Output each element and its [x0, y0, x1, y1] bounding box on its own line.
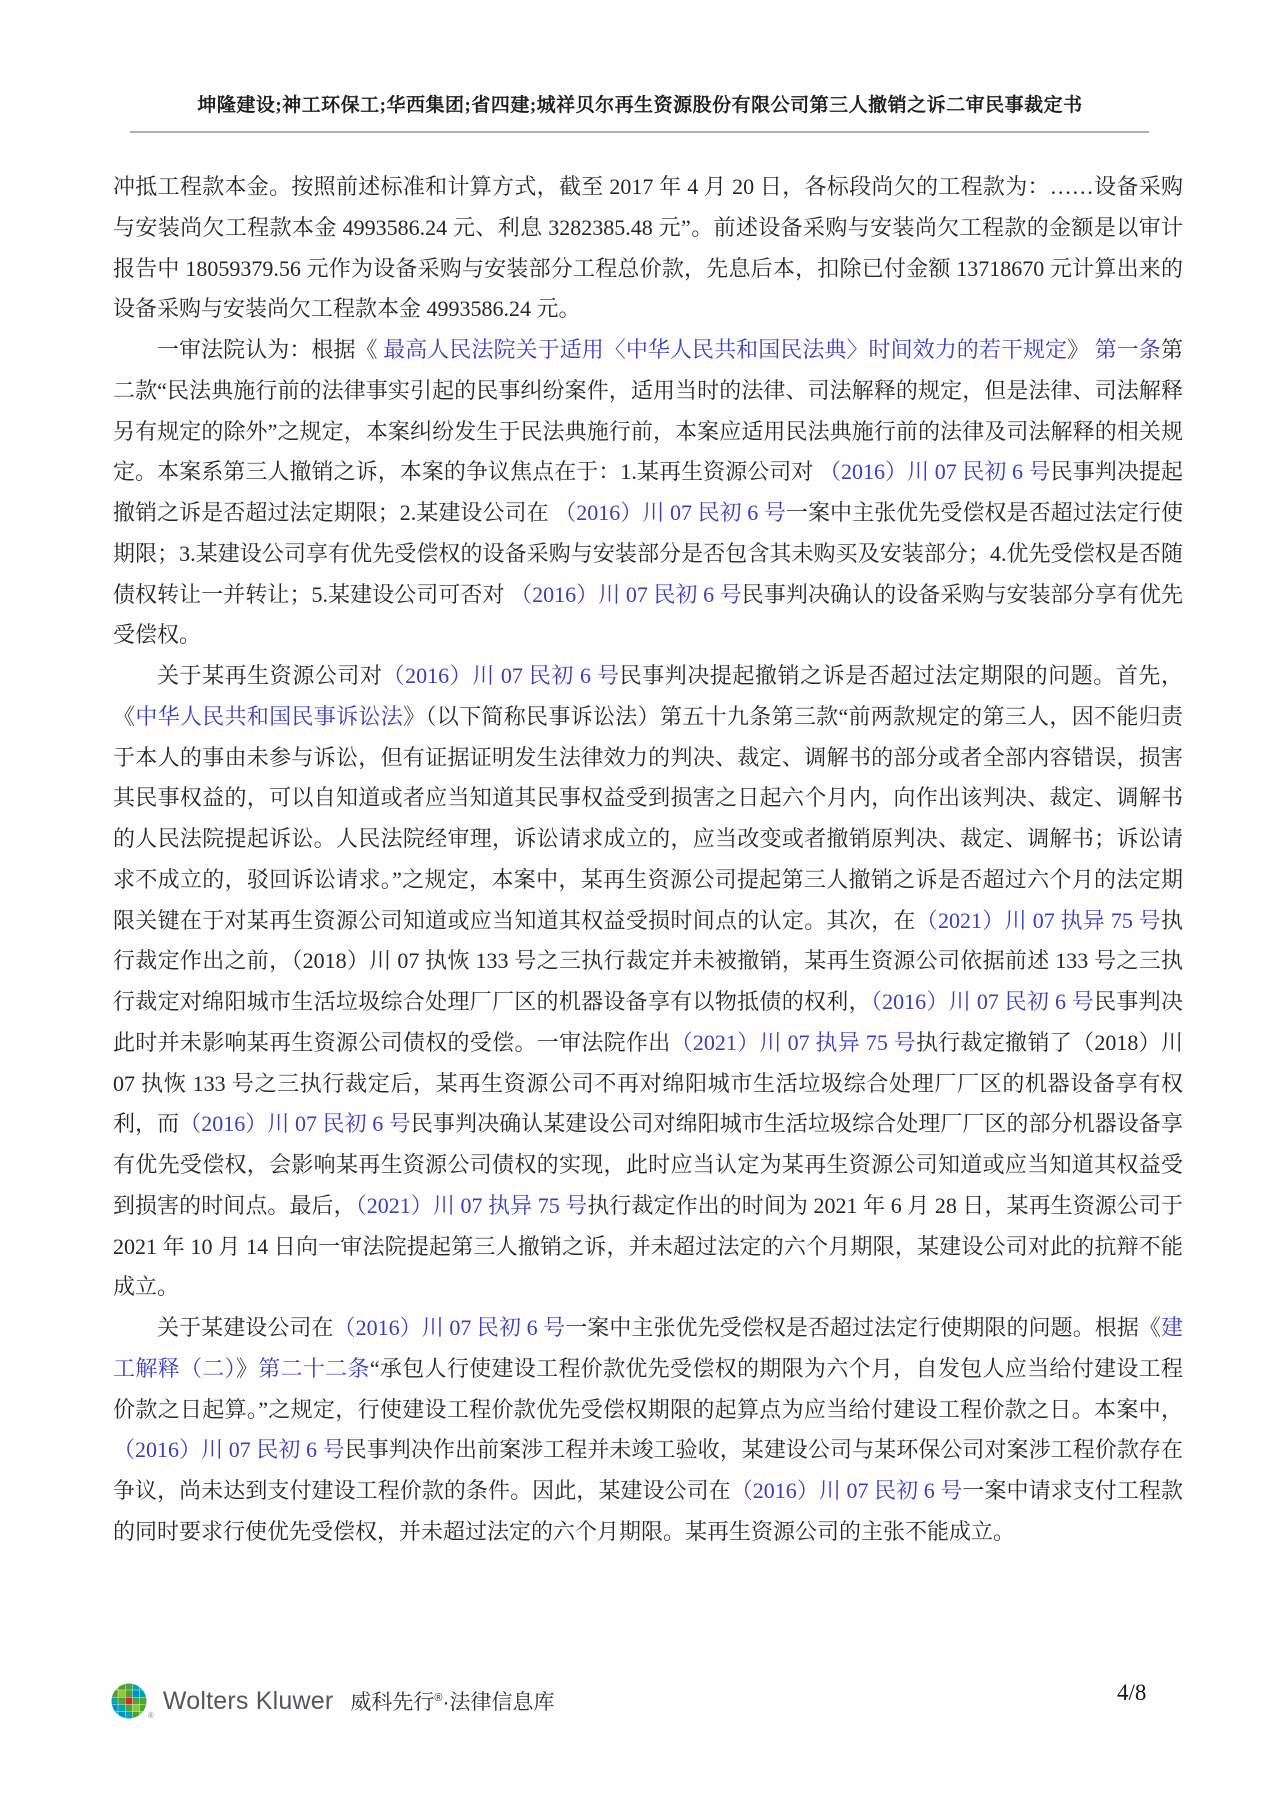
paragraph: 一审法院认为：根据《 最高人民法院关于适用〈中华人民共和国民法典〉时间效力的若干… [113, 330, 1183, 656]
product-suffix: 法律信息库 [449, 1691, 554, 1714]
law-reference-link[interactable]: （2016）川 07 民初 6 号 [731, 1478, 963, 1503]
body-text: 冲抵工程款本金。按照前述标准和计算方式，截至 2017 年 4 月 20 日，各… [113, 174, 1183, 321]
product-name: 威科先行®·法律信息库 [350, 1686, 554, 1716]
law-reference-link[interactable]: （2016）川 07 民初 6 号 [819, 459, 1051, 484]
body-text: 》 [1067, 337, 1095, 362]
law-reference-link[interactable]: （2021）川 07 执异 75 号 [916, 908, 1161, 933]
law-reference-link[interactable]: （2021）川 07 执异 75 号 [671, 1030, 916, 1055]
document-page: 坤隆建设;神工环保工;华西集团;省四建;城祥贝尔再生资源股份有限公司第三人撤销之… [0, 0, 1280, 1795]
wolters-kluwer-logo-icon [111, 1683, 147, 1719]
law-reference-link[interactable]: （2016）川 07 民初 6 号 [383, 663, 620, 688]
paragraph: 冲抵工程款本金。按照前述标准和计算方式，截至 2017 年 4 月 20 日，各… [113, 167, 1183, 330]
law-reference-link[interactable]: （2021）川 07 执异 75 号 [356, 1193, 588, 1218]
document-footer: ® Wolters Kluwer 威科先行®·法律信息库 [111, 1681, 554, 1721]
law-reference-link[interactable]: 最高人民法院关于适用〈中华人民共和国民法典〉时间效力的若干规定 [383, 337, 1067, 362]
body-text: 一审法院认为：根据《 [157, 337, 383, 362]
logo-registered-mark: ® [148, 1711, 154, 1720]
body-text: 》 [236, 1356, 258, 1381]
body-text: 关于某再生资源公司对 [157, 663, 383, 688]
law-reference-link[interactable]: （2016）川 07 民初 6 号 [871, 989, 1094, 1014]
body-text: 关于某建设公司在 [157, 1315, 334, 1340]
paragraph: 关于某再生资源公司对（2016）川 07 民初 6 号民事判决提起撤销之诉是否超… [113, 656, 1183, 1308]
body-text: 一案中主张优先受偿权是否超过法定行使期限的问题。根据《 [565, 1315, 1161, 1340]
body-text: 》（以下简称民事诉讼法）第五十九条第三款“前两款规定的第三人，因不能归责于本人的… [113, 704, 1183, 933]
brand-name: Wolters Kluwer [163, 1687, 333, 1716]
law-reference-link[interactable]: （2016）川 07 民初 6 号 [334, 1315, 566, 1340]
document-header: 坤隆建设;神工环保工;华西集团;省四建;城祥贝尔再生资源股份有限公司第三人撤销之… [0, 0, 1280, 133]
law-reference-link[interactable]: （2016）川 07 民初 6 号 [179, 1111, 411, 1136]
header-divider [130, 131, 1149, 133]
paragraph: 关于某建设公司在（2016）川 07 民初 6 号一案中主张优先受偿权是否超过法… [113, 1308, 1183, 1553]
law-reference-link[interactable]: 第一条 [1095, 337, 1161, 362]
law-reference-link[interactable]: （2016）川 07 民初 6 号 [554, 500, 786, 525]
page-indicator: 4/8 [1117, 1680, 1146, 1706]
document-body: 冲抵工程款本金。按照前述标准和计算方式，截至 2017 年 4 月 20 日，各… [113, 167, 1183, 1553]
product-label: 威科先行 [350, 1691, 434, 1714]
law-reference-link[interactable]: （2016）川 07 民初 6 号 [113, 1437, 345, 1462]
law-reference-link[interactable]: （2016）川 07 民初 6 号 [510, 582, 742, 607]
document-title: 坤隆建设;神工环保工;华西集团;省四建;城祥贝尔再生资源股份有限公司第三人撤销之… [0, 0, 1280, 117]
law-reference-link[interactable]: 中华人民共和国民事诉讼法 [135, 704, 403, 729]
law-reference-link[interactable]: 第二十二条 [258, 1356, 370, 1381]
